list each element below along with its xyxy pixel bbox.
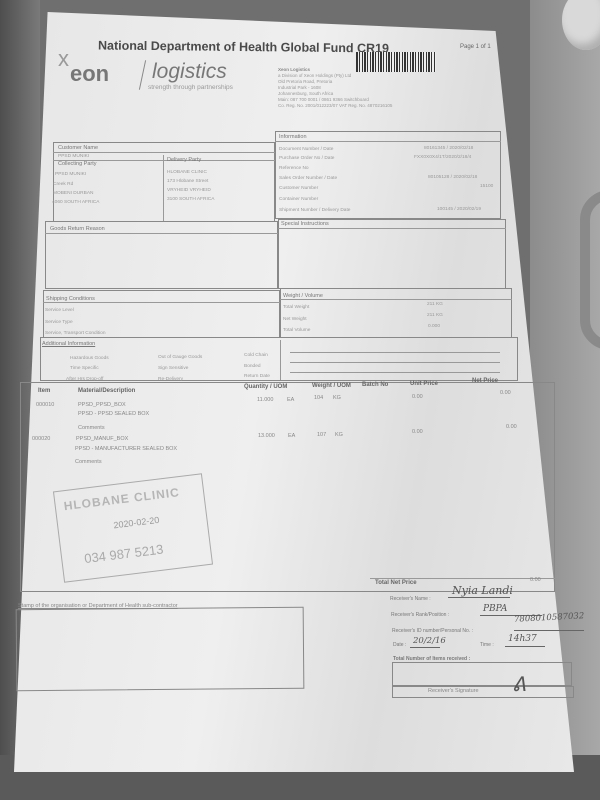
column-header: Unit Price	[410, 381, 438, 387]
receiver-name-value[interactable]: Nyia Landi	[452, 584, 513, 597]
item-number: 000020	[32, 436, 50, 442]
collecting-line: MOBENI DURBAN	[53, 191, 94, 196]
goods-return-header: Goods Return Reason	[50, 226, 105, 232]
option-label: Cold Chain	[244, 353, 268, 358]
item-weight-uom: KG	[335, 432, 343, 438]
divider	[280, 299, 512, 300]
total-net-price-value: 0.00	[530, 577, 541, 583]
item-comments: Comments	[75, 459, 102, 465]
time-label: Time :	[480, 642, 494, 648]
stamp-telephone: 034 987 5213	[83, 542, 164, 567]
item-net-price: 0.00	[500, 390, 511, 396]
stamp-date: 2020-02-20	[113, 515, 160, 531]
item-unit-price: 0.00	[412, 429, 423, 435]
delivery-party-header: Delivery Party	[167, 157, 201, 163]
item-weight: 104	[314, 395, 323, 401]
item-weight: 107	[317, 432, 326, 438]
address-line: Co. Reg. No. 2001/012223/07 VAT Reg. No.…	[278, 103, 392, 109]
divider	[43, 302, 280, 303]
option-label: Time Specific	[70, 366, 99, 371]
item-unit-price: 0.00	[412, 394, 423, 400]
xeon-logo-mark-icon: x	[58, 46, 69, 72]
customer-name: PPSD MUNIKI	[58, 154, 89, 159]
company-address: Xeon Logistics a Division of Xeon Holdin…	[278, 67, 392, 109]
page-indicator: Page 1 of 1	[460, 44, 491, 50]
delivery-line: VRYHEID VRYHEID	[167, 188, 211, 193]
info-label: Sales Order Number / Date	[279, 176, 337, 181]
divider	[290, 362, 500, 363]
clinic-stamp: HLOBANE CLINIC 2020-02-20 034 987 5213	[53, 473, 213, 583]
material-description: PPSD - PPSD SEALED BOX	[78, 411, 149, 417]
stamp-clinic-name: HLOBANE CLINIC	[63, 485, 181, 513]
items-received-box[interactable]	[392, 662, 572, 686]
delivery-line: HLOBANE CLINIC	[167, 170, 207, 175]
shipping-row: Service Level	[45, 308, 74, 313]
info-value: FXX0X0X4/1T/2020/2/18/4	[414, 155, 471, 160]
item-weight-uom: KG	[333, 395, 341, 401]
material-code: PPSD_MANUF_BOX	[76, 436, 128, 442]
column-header: Weight / UOM	[312, 383, 351, 389]
item-quantity: 11.000	[257, 397, 273, 403]
info-label: Document Number / Date	[279, 147, 333, 152]
column-header: Quantity / UOM	[244, 384, 287, 390]
weight-label: Total Weight	[283, 305, 309, 310]
info-value: 80161345 / 2020/02/18	[424, 146, 473, 151]
divider	[370, 578, 555, 579]
customer-header: Customer Name	[58, 145, 98, 151]
divider	[53, 160, 275, 161]
time-value[interactable]: 14h37	[508, 634, 537, 644]
collecting-line: PPSD MUNIKI	[55, 172, 86, 177]
collecting-line: 4060 SOUTH AFRICA	[52, 200, 99, 205]
material-code: PPSD_PPSD_BOX	[78, 402, 126, 408]
divider	[53, 152, 275, 153]
info-label: Purchase Order No / Date	[279, 156, 334, 161]
item-number: 000010	[36, 402, 54, 408]
additional-info-header: Additional Information	[42, 341, 95, 347]
weight-value: 0.000	[428, 324, 440, 329]
mug-handle-object	[580, 190, 600, 350]
date-value[interactable]: 20/2/16	[413, 636, 446, 646]
info-value: 15100	[480, 184, 493, 189]
additional-info-section	[40, 337, 518, 381]
divider	[163, 155, 164, 222]
weight-label: Net Weight	[283, 317, 307, 322]
delivery-line: 3100 SOUTH AFRICA	[167, 197, 214, 202]
item-comments: Comments	[78, 425, 105, 431]
item-uom: EA	[288, 433, 295, 439]
shipping-row: Service, Transport Condition	[45, 331, 106, 336]
column-header: Material/Description	[78, 388, 135, 394]
underline	[410, 647, 440, 648]
receiver-id-label: Receiver's ID number/Personal No. :	[392, 628, 473, 634]
divider	[290, 372, 500, 373]
special-instructions-header: Special Instructions	[281, 221, 329, 227]
total-net-price-label: Total Net Price	[375, 580, 417, 586]
option-label: Bonded	[244, 364, 261, 369]
info-label: Reference No	[279, 166, 309, 171]
divider	[45, 233, 278, 234]
receiver-signature-label: Receiver's Signature	[428, 688, 479, 694]
date-label: Date :	[393, 642, 406, 648]
divider	[290, 352, 500, 353]
material-description: PPSD - MANUFACTURER SEALED BOX	[75, 446, 177, 452]
weight-label: Total Volume	[283, 328, 310, 333]
logo-text-logistics: logistics	[152, 60, 227, 84]
delivery-line: 173 Hlobane Street	[167, 179, 208, 184]
divider	[278, 228, 506, 229]
option-label: Sign Sensitive	[158, 366, 188, 371]
weight-value: 211 KG	[427, 313, 443, 318]
information-header: Information	[279, 134, 307, 140]
column-header: Net Price	[472, 378, 498, 384]
receiver-rank-value[interactable]: PBPA	[483, 604, 507, 614]
underline	[514, 630, 584, 631]
weight-value: 211 KG	[427, 302, 443, 307]
underline	[448, 597, 510, 598]
item-quantity: 13.000	[258, 433, 275, 439]
option-label: Hazardous Goods	[70, 356, 109, 361]
info-value: 80105128 / 2020/02/18	[428, 175, 477, 180]
item-net-price: 0.00	[506, 424, 517, 430]
info-label: Shipment Number / Delivery Date	[279, 208, 350, 213]
option-label: Return Date	[244, 374, 270, 379]
receiver-rank-label: Receiver's Rank/Position :	[391, 612, 449, 618]
logo-tagline: strength through partnerships	[148, 84, 233, 91]
info-label: Customer Number	[279, 186, 318, 191]
column-header: Batch No	[362, 382, 388, 388]
logo-text-eon: eon	[70, 61, 109, 87]
column-header: Item	[38, 388, 50, 394]
item-uom: EA	[287, 397, 294, 403]
signature-scribble-icon: ᕕ	[512, 672, 526, 696]
special-instructions-section	[278, 219, 506, 289]
divider	[275, 141, 501, 142]
divider	[280, 340, 281, 380]
org-stamp-box	[16, 607, 305, 692]
option-label: Out of Gauge Goods	[158, 355, 202, 360]
info-label: Container Number	[279, 197, 318, 202]
receiver-signature-box[interactable]	[392, 686, 574, 698]
shipping-row: Service Type	[45, 320, 73, 325]
underline	[505, 646, 545, 647]
collecting-line: Creek Rd	[53, 182, 73, 187]
collecting-party-header: Collecting Party	[58, 161, 97, 167]
info-value: 100145 / 2020/02/19	[437, 207, 481, 212]
receiver-name-label: Receiver's Name :	[390, 596, 431, 602]
